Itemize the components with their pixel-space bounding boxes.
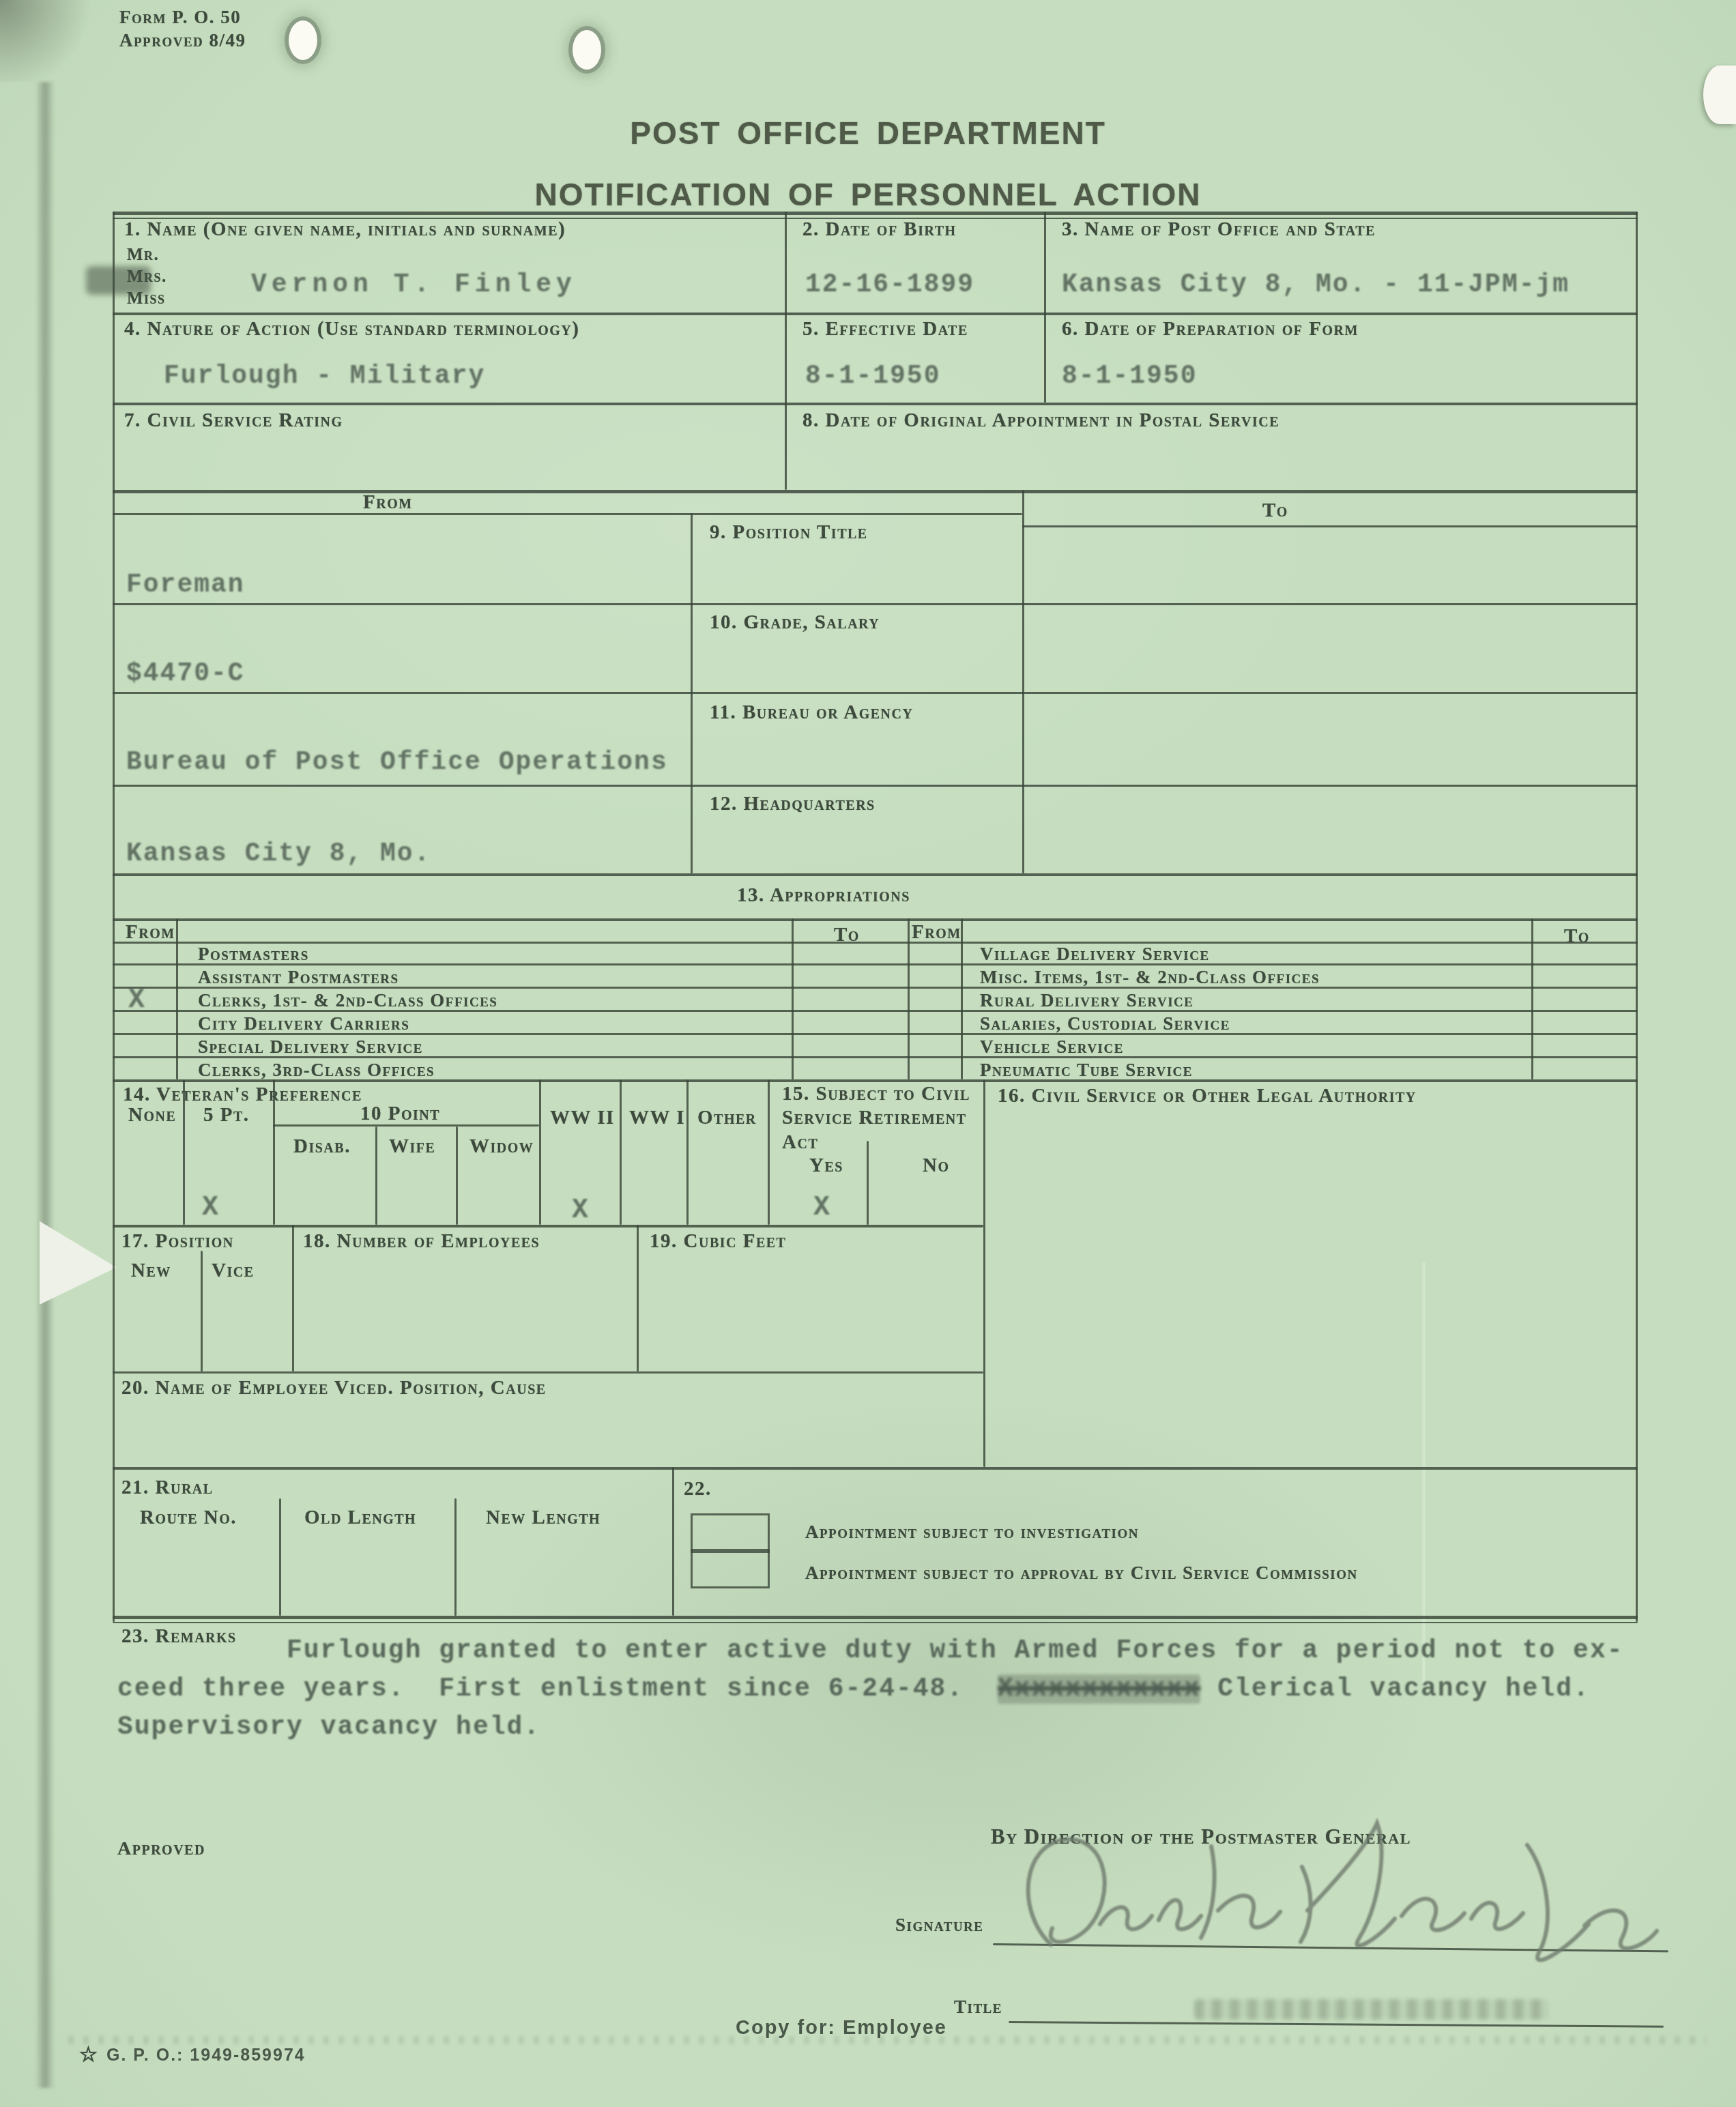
appropriations-title: 13. Appropriations <box>737 884 910 907</box>
rule <box>792 918 794 1079</box>
transfer-from-value-headquarters: Kansas City 8, Mo. <box>126 839 431 869</box>
transfer-from-value-position: Foreman <box>126 570 245 600</box>
rule <box>113 1371 983 1374</box>
retirement-yes-x-mark: X <box>813 1193 831 1223</box>
approval-checkbox <box>691 1549 770 1588</box>
transfer-from-header: From <box>363 491 413 514</box>
rule <box>113 987 1638 989</box>
field-2-dob-label: 2. Date of Birth <box>802 218 957 241</box>
signature-handwriting <box>1003 1801 1686 2006</box>
remarks-line-2: ceed three years. First enlistment since… <box>117 1674 1590 1704</box>
title-line <box>1009 2021 1664 2028</box>
appropriation-row-label: Special Delivery Service <box>198 1036 423 1058</box>
rule <box>454 1498 457 1616</box>
rural-new-length-label: New Length <box>486 1507 601 1529</box>
approved-label: Approved <box>117 1838 205 1860</box>
position-vice-label: Vice <box>212 1260 255 1282</box>
field-18-employees-label: 18. Number of Employees <box>303 1230 540 1253</box>
rule <box>113 963 1638 965</box>
rule <box>273 1079 275 1225</box>
rule <box>686 1079 689 1225</box>
rule <box>908 918 910 1079</box>
rule <box>176 918 178 1079</box>
field-4-nature-label: 4. Nature of Action (Use standard termin… <box>124 318 579 340</box>
field-6-preparation-label: 6. Date of Preparation of Form <box>1062 318 1359 340</box>
rule <box>273 1124 539 1127</box>
veterans-col-10point: 10 Point <box>360 1103 440 1125</box>
field-4-nature-value: Furlough - Military <box>164 362 485 391</box>
remarks-line-1: Furlough granted to enter active duty wi… <box>287 1636 1624 1666</box>
rule <box>113 212 1638 215</box>
rule <box>113 1622 1638 1623</box>
field-12-headquarters-label: 12. Headquarters <box>710 793 876 815</box>
rule <box>113 942 1638 944</box>
retirement-yes-label: Yes <box>809 1154 843 1177</box>
field-5-effective-label: 5. Effective Date <box>802 318 968 340</box>
paper-corner-shadow <box>0 0 102 82</box>
title-label: Title <box>954 1996 1002 2018</box>
appropriation-row-label: Village Delivery Service <box>980 944 1210 965</box>
veterans-col-disab: Disab. <box>293 1135 351 1158</box>
transfer-from-value-salary: $4470-C <box>126 659 245 688</box>
rule <box>961 918 963 1079</box>
rule <box>1636 212 1638 1622</box>
appropriations-right-to-header: To <box>1564 925 1590 948</box>
scanned-form-page: Form P. O. 50 Approved 8/49 POST OFFICE … <box>0 0 1736 2107</box>
prefix-mr: Mr. <box>127 246 159 265</box>
rule <box>1022 525 1638 527</box>
rule <box>1531 918 1533 1079</box>
field-3-post-office-value: Kansas City 8, Mo. - 11-JPM-jm <box>1062 270 1569 300</box>
veterans-ww2-x-mark: X <box>572 1195 590 1226</box>
appropriation-row-label: Salaries, Custodial Service <box>980 1013 1230 1034</box>
rule <box>113 603 1638 605</box>
appropriation-row-label: City Delivery Carriers <box>198 1013 409 1034</box>
rule <box>113 1010 1638 1012</box>
appropriation-row-label: Misc. Items, 1st- & 2nd-Class Offices <box>980 967 1320 988</box>
punch-hole-right <box>573 30 601 70</box>
rule <box>113 1033 1638 1035</box>
appointment-investigation-label: Appointment subject to investigation <box>805 1522 1139 1543</box>
appropriation-row-label: Assistant Postmasters <box>198 967 399 988</box>
rule <box>201 1251 203 1371</box>
rule <box>672 1467 674 1616</box>
rule <box>113 218 1638 219</box>
paper-fold-left <box>40 1216 121 1305</box>
veterans-5pt-x-mark: X <box>202 1193 220 1223</box>
rule <box>620 1079 622 1225</box>
field-3-post-office-label: 3. Name of Post Office and State <box>1062 218 1376 241</box>
field-8-original-appointment-label: 8. Date of Original Appointment in Posta… <box>802 409 1279 432</box>
remarks-line-2-text: Clerical vacancy held. <box>1200 1674 1590 1704</box>
copy-for-stamp: Copy for: Employee <box>736 2017 947 2039</box>
appropriations-left-from-header: From <box>126 921 175 944</box>
rule <box>113 692 1638 694</box>
field-22-number: 22. <box>684 1478 712 1500</box>
rule <box>113 1616 1638 1619</box>
field-15-retirement-label: 15. Subject to Civil Service Retirement … <box>782 1082 987 1154</box>
ink-smudge <box>86 266 151 295</box>
ink-smudge <box>1194 1999 1549 2020</box>
rule <box>637 1225 639 1371</box>
rule <box>113 873 1638 876</box>
field-9-position-title-label: 9. Position Title <box>710 521 868 544</box>
field-20-viced-label: 20. Name of Employee Viced. Position, Ca… <box>121 1377 547 1399</box>
rule <box>539 1079 541 1225</box>
appropriation-row-label: Rural Delivery Service <box>980 990 1194 1011</box>
appropriation-row-label: Clerks, 3rd-Class Offices <box>198 1060 435 1081</box>
form-title: POST OFFICE DEPARTMENT <box>0 115 1736 151</box>
rule <box>113 490 1638 493</box>
field-16-authority-label: 16. Civil Service or Other Legal Authori… <box>998 1085 1417 1107</box>
field-10-grade-salary-label: 10. Grade, Salary <box>710 611 880 634</box>
rule <box>768 1079 770 1225</box>
rule <box>456 1127 458 1225</box>
investigation-checkbox <box>691 1513 770 1553</box>
rule <box>113 1056 1638 1058</box>
gpo-imprint: G. P. O.: 1949-859974 <box>106 2046 306 2065</box>
veterans-col-none: None <box>128 1104 176 1127</box>
rule <box>691 513 693 873</box>
remarks-struck-word: Xxxxxxxxxxxx <box>998 1674 1201 1704</box>
punch-hole-left <box>289 20 317 60</box>
rule <box>1044 212 1046 403</box>
appointment-approval-label: Appointment subject to approval by Civil… <box>805 1563 1358 1584</box>
form-approved-stamp: Approved 8/49 <box>119 30 246 51</box>
rule <box>113 403 1638 405</box>
field-11-bureau-label: 11. Bureau or Agency <box>710 701 913 724</box>
appropriation-row-label: Vehicle Service <box>980 1036 1124 1058</box>
remarks-line-2-text: ceed three years. First enlistment since… <box>117 1674 998 1704</box>
rule <box>113 1079 1638 1082</box>
rule <box>113 918 1638 921</box>
field-17-position-label: 17. Position <box>121 1230 234 1253</box>
field-23-remarks-label: 23. Remarks <box>121 1625 237 1648</box>
field-5-effective-value: 8-1-1950 <box>805 362 940 391</box>
veterans-col-ww2: WW II <box>550 1107 615 1129</box>
rule <box>279 1498 281 1616</box>
rule <box>113 1225 983 1227</box>
rule <box>867 1141 869 1225</box>
rural-route-no-label: Route No. <box>140 1507 237 1529</box>
veterans-col-wife: Wife <box>389 1135 435 1158</box>
appropriation-row-label: Pneumatic Tube Service <box>980 1060 1193 1081</box>
rule <box>785 212 787 490</box>
appropriation-row-label: Clerks, 1st- & 2nd-Class Offices <box>198 990 497 1011</box>
field-1-name-value: Vernon T. Finley <box>251 270 577 300</box>
star-icon: ☆ <box>79 2043 98 2067</box>
form-number-stamp: Form P. O. 50 <box>119 7 241 28</box>
paper-edge-shadow <box>35 82 55 2088</box>
appropriation-row-label: Postmasters <box>198 944 309 965</box>
rural-old-length-label: Old Length <box>304 1507 416 1529</box>
remarks-line-3: Supervisory vacancy held. <box>117 1713 540 1742</box>
rule <box>113 513 1022 515</box>
rule <box>183 1079 185 1225</box>
appropriations-right-from-header: From <box>912 921 961 944</box>
rule <box>1022 490 1024 873</box>
position-new-label: New <box>131 1260 171 1282</box>
field-21-rural-label: 21. Rural <box>121 1477 214 1499</box>
rule <box>113 785 1638 787</box>
rule <box>983 1079 985 1467</box>
form-subtitle: NOTIFICATION OF PERSONNEL ACTION <box>0 176 1736 213</box>
field-7-rating-label: 7. Civil Service Rating <box>124 409 343 432</box>
rule <box>292 1225 294 1371</box>
field-6-preparation-value: 8-1-1950 <box>1062 362 1197 391</box>
veterans-col-other: Other <box>697 1107 757 1129</box>
veterans-col-widow: Widow <box>469 1135 534 1158</box>
rule <box>113 212 115 1622</box>
field-1-name-label: 1. Name (One given name, initials and su… <box>124 218 566 241</box>
transfer-from-value-bureau: Bureau of Post Office Operations <box>126 748 668 777</box>
veterans-col-ww1: WW I <box>629 1107 685 1129</box>
rule <box>113 313 1638 315</box>
field-14-veterans-label: 14. Veteran's Preference <box>123 1084 362 1106</box>
signature-label: Signature <box>895 1915 984 1936</box>
field-19-cubic-feet-label: 19. Cubic Feet <box>650 1230 786 1253</box>
transfer-to-header: To <box>1262 499 1288 522</box>
rule <box>113 1467 1638 1470</box>
veterans-col-5pt: 5 Pt. <box>203 1104 250 1127</box>
retirement-no-label: No <box>923 1154 950 1177</box>
rule <box>375 1127 377 1225</box>
field-2-dob-value: 12-16-1899 <box>805 270 974 300</box>
